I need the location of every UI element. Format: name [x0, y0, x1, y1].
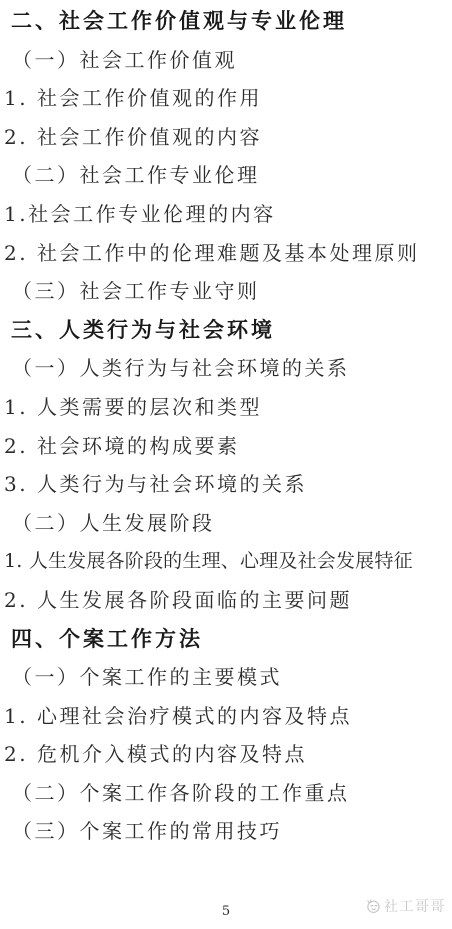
outline-line-num: 2. 社会工作价值观的内容 — [0, 118, 452, 157]
outline-line-heading: 二、社会工作价值观与专业伦理 — [0, 2, 452, 41]
outline-line-num: 2. 社会工作中的伦理难题及基本处理原则 — [0, 234, 452, 273]
outline-line-sub: （二）人生发展阶段 — [0, 504, 452, 543]
outline-line-sub: （二）个案工作各阶段的工作重点 — [0, 774, 452, 813]
outline-line-sub: （一）社会工作价值观 — [0, 41, 452, 80]
outline-line-num: 3. 人类行为与社会环境的关系 — [0, 465, 452, 504]
outline-line-sub: （三）个案工作的常用技巧 — [0, 812, 452, 851]
watermark-label: 社工哥哥 — [384, 896, 446, 916]
smiley-logo-icon — [365, 898, 381, 914]
outline-line-sub: （一）个案工作的主要模式 — [0, 658, 452, 697]
outline-content: 二、社会工作价值观与专业伦理（一）社会工作价值观1. 社会工作价值观的作用2. … — [0, 2, 452, 851]
outline-line-heading: 四、个案工作方法 — [0, 620, 452, 659]
outline-line-sub: （一）人类行为与社会环境的关系 — [0, 349, 452, 388]
outline-line-num: 1. 心理社会治疗模式的内容及特点 — [0, 697, 452, 736]
outline-line-heading: 三、人类行为与社会环境 — [0, 311, 452, 350]
outline-line-num: 1. 人类需要的层次和类型 — [0, 388, 452, 427]
document-page: 二、社会工作价值观与专业伦理（一）社会工作价值观1. 社会工作价值观的作用2. … — [0, 0, 452, 929]
outline-line-num: 2. 人生发展各阶段面临的主要问题 — [0, 581, 452, 620]
outline-line-sub: （二）社会工作专业伦理 — [0, 156, 452, 195]
watermark: 社工哥哥 — [365, 896, 446, 916]
outline-line-sub: （三）社会工作专业守则 — [0, 272, 452, 311]
outline-line-num: 1. 社会工作价值观的作用 — [0, 79, 452, 118]
outline-line-num: 1. 人生发展各阶段的生理、心理及社会发展特征 — [0, 542, 452, 581]
outline-line-num: 2. 危机介入模式的内容及特点 — [0, 735, 452, 774]
outline-line-num: 2. 社会环境的构成要素 — [0, 427, 452, 466]
outline-line-num: 1.社会工作专业伦理的内容 — [0, 195, 452, 234]
